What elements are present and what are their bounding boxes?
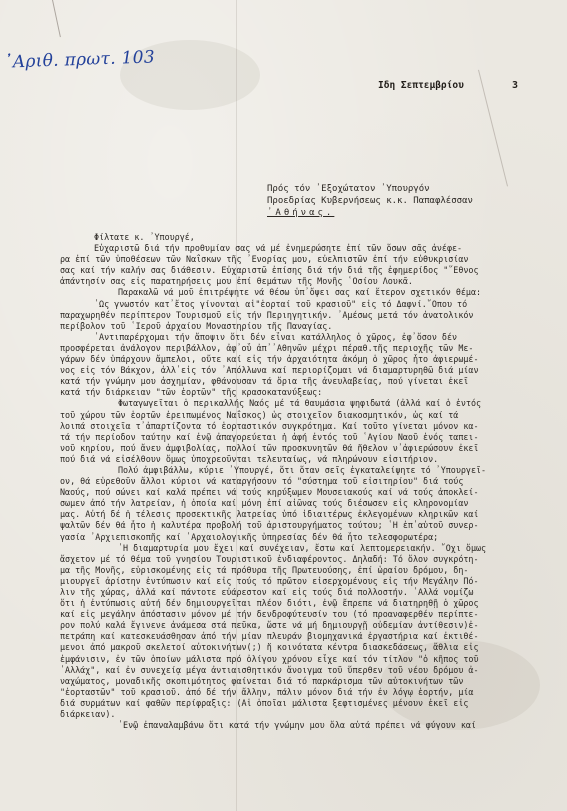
- body-line: γασία ᾿Αρχιεπισκοπῆς καί ᾿Αρχαιολογικῆς …: [60, 532, 560, 543]
- recipient-address: Πρός τόν ᾿Εξοχώτατον ᾿Υπουργόν Προεδρίας…: [267, 183, 473, 219]
- body-line: Εὐχαριστῶ διά τήν προθυμίαν σας νά μέ ἐν…: [60, 243, 560, 254]
- body-line: ρα ἐπί τῶν ὑποθέσεων τῶν Ναΐσκων τῆς ᾿Εν…: [60, 254, 560, 265]
- letter-page: ᾿Αριθ. πρωτ. 103 Ιδη Σεπτεμβρίου 3 Πρός …: [0, 0, 567, 811]
- salutation: Φίλτατε κ. ᾿Υπουργέ,: [60, 232, 560, 243]
- body-line: πετράπη καί κατεσκευάσθησαν ἀπό τήν μίαν…: [60, 631, 560, 642]
- letter-body: Φίλτατε κ. ᾿Υπουργέ, Εὐχαριστῶ διά τήν π…: [60, 232, 560, 731]
- body-line: κατά τήν διάρκειαν "τῶν ἑορτῶν" τῆς κρασ…: [60, 387, 560, 398]
- body-line: περίβολον τοῦ ῾Ιεροῦ ἀρχαίου Μοναστηρίου…: [60, 321, 560, 332]
- body-line: μα τῆς Μονῆς, εὑρισκομένης εἰς τά πρόθυρ…: [60, 565, 560, 576]
- body-line: τά τήν περίοδον ταύτην καί ἐνῷ ἀπαγορεύε…: [60, 432, 560, 443]
- letter-date: Ιδη Σεπτεμβρίου: [378, 80, 464, 91]
- body-line: γάρων δέν ὑπάρχουν ἄμπελοι, οὔτε καί εἰς…: [60, 354, 560, 365]
- body-line: ἐμφάνισιν, ἐν τῶν ὁποίων μάλιστα πρό ὀλί…: [60, 654, 560, 665]
- body-line: ᾿Αλλάχ", καί ἐν συνεχείᾳ μέγα ἀντιαισθητ…: [60, 665, 560, 676]
- body-line: ᾿Αντιπαρέρχομαι τήν ἄποψιν ὅτι δέν εἶναι…: [60, 332, 560, 343]
- body-line: Ναούς, πού σώνει καί καλά πρέπει νά τούς…: [60, 487, 560, 498]
- body-line: ῾Ως γνωστόν κατ᾿ἔτος γίνονται αἱ"ἑορταί …: [60, 299, 560, 310]
- body-line: τοῦ χώρου τῶν ἑορτῶν ἐρειπωμένος Ναΐσκος…: [60, 410, 560, 421]
- body-line: ὅτι ἡ ἐντύπωσις αὐτή δέν δημιουργεῖται π…: [60, 598, 560, 609]
- body-line: Πολύ ἀμφιβάλλω, κύριε ᾿Υπουργέ, ὅτι ὅταν…: [60, 465, 560, 476]
- body-line: ον, θά εὑρεθοῦν ἄλλοι κύριοι νά καταργήσ…: [60, 476, 560, 487]
- body-line: ἀπάντησίν σας εἰς παρατηρήσεις μου ἐπί θ…: [60, 276, 560, 287]
- body-line: μενοι ἀπό μακροῦ σκελετοί αὐτοκινήτων(;)…: [60, 642, 560, 653]
- address-city: ᾿Αθήνας.: [267, 207, 473, 219]
- body-line: ναχώματος, μοναδικῆς σκοπιμότητος φαίνετ…: [60, 676, 560, 687]
- body-line: Φωταγωγεῖται ὁ περικαλλής Ναός μέ τά θαυ…: [60, 398, 560, 409]
- body-line: λοιπά στοιχεῖα τ᾿ἀπαρτίζοντα τό ἑορταστι…: [60, 421, 560, 432]
- body-line: κατά τήν γνώμην μου ἀσχημίαν, φθάνουσαν …: [60, 376, 560, 387]
- paper-crease: [52, 0, 61, 37]
- body-line: πού διά νά εἰσέλθουν ὅμως ὑποχρεοῦνται τ…: [60, 454, 560, 465]
- body-line: Παρακαλῶ νά μοῦ ἐπιτρέψητε νά θέσω ὑπ᾿ὄψ…: [60, 287, 560, 298]
- body-line: διάρκειαν).: [60, 709, 560, 720]
- body-line: παραχωρηθέν περίπτερον Τουρισμοῦ εἰς τήν…: [60, 310, 560, 321]
- address-line-2: Προεδρίας Κυβερνήσεως κ.κ. Παπαφλέσσαν: [267, 195, 473, 207]
- body-line: ψαλτῶν δέν θά ἦτο ἡ καλυτέρα προβολή τοῦ…: [60, 520, 560, 531]
- body-line: νος εἰς τόν Βάκχον, ἀλλ᾿εἰς τόν ᾿Απόλλων…: [60, 365, 560, 376]
- body-line: ᾿Ενῷ ἐπαναλαμβάνω ὅτι κατά τήν γνώμην μο…: [60, 720, 560, 731]
- body-line: ἄσχετον μέ τό θέμα τοῦ γνησίου Τουριστικ…: [60, 554, 560, 565]
- body-line: νοῦ κηρίου, πού ἄνευ ἀμφιβολίας, πολλοί …: [60, 443, 560, 454]
- body-line: διά συρμάτων καί φαθῶν περίφραξις: (Αἱ ὁ…: [60, 698, 560, 709]
- body-line: ρον πολύ καλά ἔγινενε ἀνάμεσα στά πεῦκα,…: [60, 620, 560, 631]
- body-line: σας καί τήν καλήν σας διάθεσιν. Εὐχαριστ…: [60, 265, 560, 276]
- body-line: μας. Αὐτή δέ ἡ τέλεσις προσεκτικῆς λατρε…: [60, 509, 560, 520]
- body-lines: Εὐχαριστῶ διά τήν προθυμίαν σας νά μέ ἐν…: [60, 243, 560, 731]
- body-line: προσφέρεται ἀνάλογον περιβάλλον, ἀφ᾿οὗ ἀ…: [60, 343, 560, 354]
- body-line: λιν τῆς χώρας, ἀλλά καί πάντοτε εὐάρεστο…: [60, 587, 560, 598]
- body-line: "ἑορταστῶν" τοῦ κρασιοῦ. ἀπό δέ τήν ἄλλη…: [60, 687, 560, 698]
- paper-crease: [478, 70, 508, 187]
- body-line: μιουργεῖ ἀρίστην ἐντύπωσιν καί εἰς τούς …: [60, 576, 560, 587]
- page-number: 3: [512, 80, 518, 91]
- body-line: ῾Η διαμαρτυρία μου ἔχει καί συνέχειαν, ἔ…: [60, 543, 560, 554]
- body-line: καί εἰς μεγάλην ἀπόστασιν μόνον μέ τήν δ…: [60, 609, 560, 620]
- body-line: σωμεν ἀπό τήν λατρείαν, ἡ ὁποία καί μόνη…: [60, 498, 560, 509]
- address-line-1: Πρός τόν ᾿Εξοχώτατον ᾿Υπουργόν: [267, 183, 473, 195]
